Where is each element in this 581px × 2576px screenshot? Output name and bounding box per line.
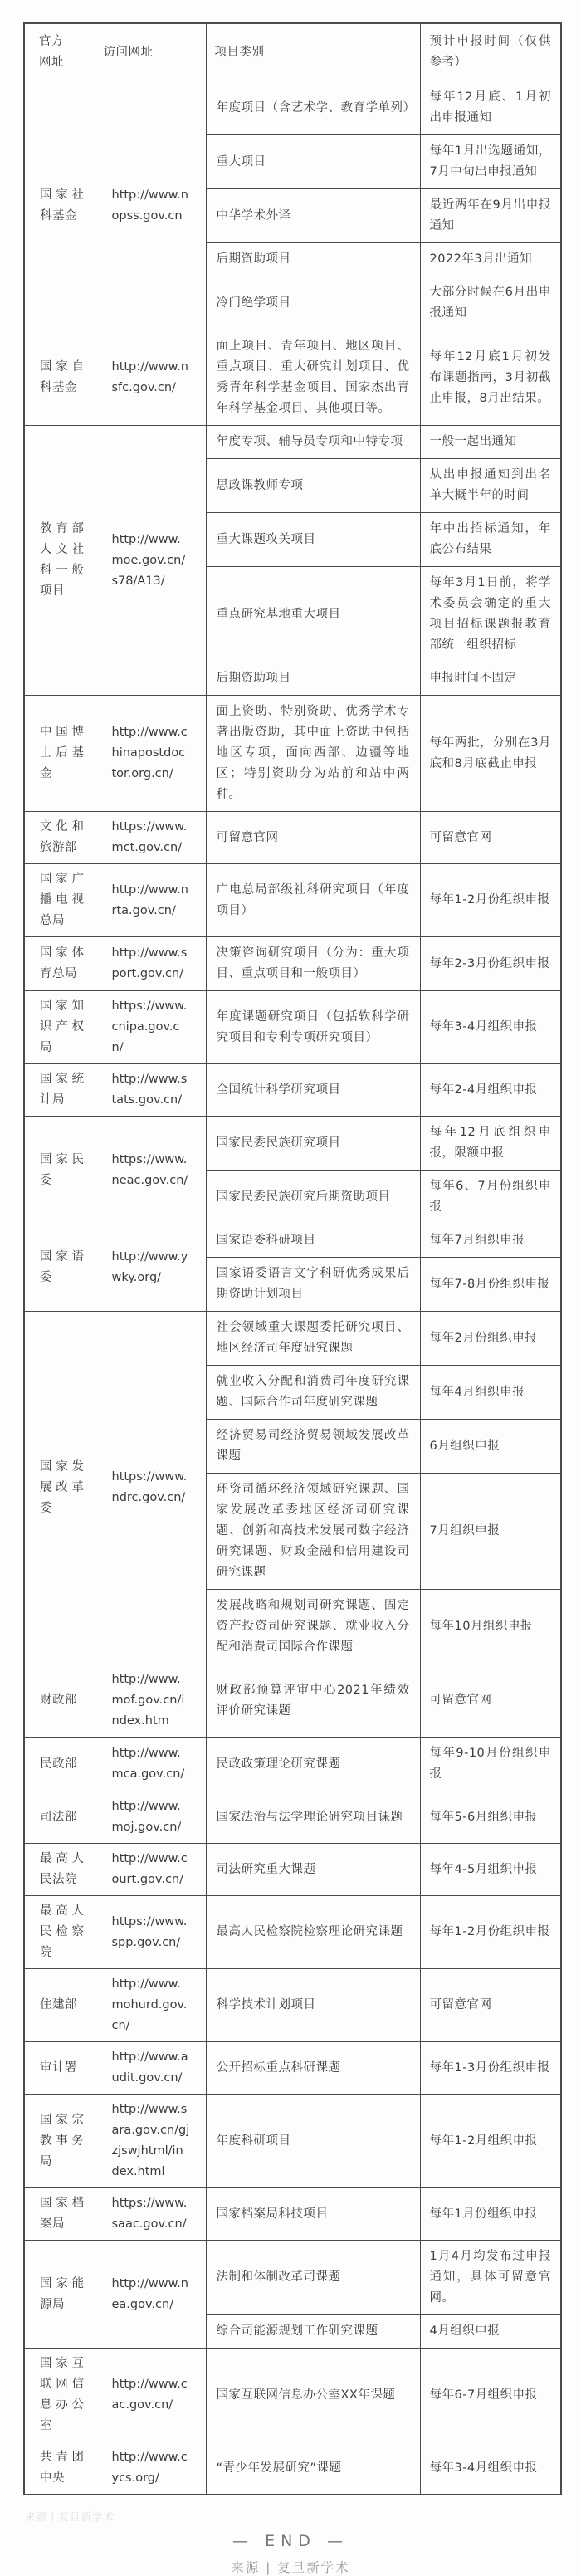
application-time-cell: 6月组织申报: [420, 1420, 561, 1474]
agency-cell: 国家发展改革委: [24, 1312, 95, 1664]
agency-cell: 国家自科基金: [24, 330, 95, 426]
application-time-cell: 每年6-7月组织申报: [420, 2349, 561, 2442]
application-time-cell: 2022年3月出通知: [420, 243, 561, 276]
table-row: 国家发展改革委https://www.ndrc.gov.cn/社会领域重大课题委…: [24, 1312, 561, 1366]
application-time-cell: 1月4月均发布过申报通知，具体可留意官网。: [420, 2241, 561, 2315]
table-row: 中国博士后基金http://www.chinapostdoctor.org.cn…: [24, 696, 561, 812]
application-time-cell: 每年10月组织申报: [420, 1590, 561, 1664]
agency-cell: 国家互联网信息办公室: [24, 2349, 95, 2442]
project-category-cell: 决策咨询研究项目（分为：重大项目、重点项目和一般项目）: [206, 937, 420, 991]
agency-cell: 国家广播电视总局: [24, 864, 95, 937]
project-category-cell: 国家语委语言文字科研优秀成果后期资助计划项目: [206, 1258, 420, 1312]
application-time-cell: 每年9-10月份组织申报: [420, 1738, 561, 1791]
url-cell: http://www.nrta.gov.cn/: [95, 864, 206, 937]
application-time-cell: 每年3-4月组织申报: [420, 991, 561, 1064]
agency-cell: 国家语委: [24, 1224, 95, 1312]
agency-cell: 民政部: [24, 1738, 95, 1791]
url-cell: https://www.neac.gov.cn/: [95, 1117, 206, 1224]
project-category-cell: 发展战略和规划司研究课题、固定资产投资司研究课题、就业收入分配和消费司国际合作课…: [206, 1590, 420, 1664]
table-row: 国家统计局http://www.stats.gov.cn/全国统计科学研究项目每…: [24, 1064, 561, 1117]
url-cell: http://www.court.gov.cn/: [95, 1844, 206, 1896]
col-header-application-time: 预计申报时间（仅供参考）: [420, 23, 561, 81]
url-cell: http://www.sara.gov.cn/gjzjswjhtml/index…: [95, 2095, 206, 2188]
table-row: 最高人民法院http://www.court.gov.cn/司法研究重大课题每年…: [24, 1844, 561, 1896]
table-body: 国家社科基金http://www.nopss.gov.cn年度项目（含艺术学、教…: [24, 81, 561, 2495]
table-row: 国家互联网信息办公室http://www.cac.gov.cn/国家互联网信息办…: [24, 2349, 561, 2442]
project-category-cell: 面上资助、特别资助、优秀学术专著出版资助，其中面上资助中包括地区专项，面向西部、…: [206, 696, 420, 812]
project-category-cell: 广电总局部级社科研究项目（年度项目）: [206, 864, 420, 937]
project-category-cell: 公开招标重点科研课题: [206, 2042, 420, 2095]
application-time-cell: 每年两批，分别在3月底和8月底截止申报: [420, 696, 561, 812]
project-category-cell: 年度科研项目: [206, 2095, 420, 2188]
table-row: 司法部http://www.moj.gov.cn/国家法治与法学理论研究项目课题…: [24, 1791, 561, 1844]
agency-cell: 国家档案局: [24, 2188, 95, 2241]
project-category-cell: 可留意官网: [206, 812, 420, 864]
application-time-cell: 每年12月底1月初发布课题指南，3月初截止申报，8月出结果。: [420, 330, 561, 426]
application-time-cell: 每年1-2月份组织申报: [420, 1896, 561, 1969]
agency-cell: 司法部: [24, 1791, 95, 1844]
application-time-cell: 大部分时候在6月出申报通知: [420, 276, 561, 330]
col-header-official-site: 官方 网址: [24, 23, 95, 81]
application-time-cell: 每年1月出选题通知，7月中旬出申报通知: [420, 135, 561, 189]
project-category-cell: 科学技术计划项目: [206, 1969, 420, 2042]
agency-cell: 审计署: [24, 2042, 95, 2095]
project-category-cell: 国家语委科研项目: [206, 1224, 420, 1258]
project-category-cell: 中华学术外译: [206, 189, 420, 243]
agency-cell: 国家宗教事务局: [24, 2095, 95, 2188]
project-category-cell: 重大课题攻关项目: [206, 513, 420, 567]
url-cell: http://www.cycs.org/: [95, 2442, 206, 2495]
url-cell: http://www.nopss.gov.cn: [95, 81, 206, 330]
agency-cell: 国家民委: [24, 1117, 95, 1224]
table-row: 国家宗教事务局http://www.sara.gov.cn/gjzjswjhtm…: [24, 2095, 561, 2188]
table-row: 文化和旅游部https://www.mct.gov.cn/可留意官网可留意官网: [24, 812, 561, 864]
project-category-cell: 思政课教师专项: [206, 459, 420, 513]
project-category-cell: 重大项目: [206, 135, 420, 189]
project-category-cell: 就业收入分配和消费司年度研究课题、国际合作司年度研究课题: [206, 1366, 420, 1420]
url-cell: http://www.nea.gov.cn/: [95, 2241, 206, 2349]
table-row: 国家能源局http://www.nea.gov.cn/法制和体制改革司课题1月4…: [24, 2241, 561, 2315]
table-row: 国家知识产权局https://www.cnipa.gov.cn/年度课题研究项目…: [24, 991, 561, 1064]
project-category-cell: 冷门绝学项目: [206, 276, 420, 330]
col-header-access-url: 访问网址: [95, 23, 206, 81]
table-row: 住建部http://www.mohurd.gov.cn/科学技术计划项目可留意官…: [24, 1969, 561, 2042]
project-category-cell: 国家民委民族研究项目: [206, 1117, 420, 1171]
project-category-cell: 年度专项、辅导员专项和中特专项: [206, 426, 420, 459]
agency-cell: 国家知识产权局: [24, 991, 95, 1064]
application-time-cell: 可留意官网: [420, 1969, 561, 2042]
agency-cell: 教育部人文社科一般项目: [24, 426, 95, 696]
end-marker: — END —: [0, 2532, 581, 2550]
url-cell: https://www.mct.gov.cn/: [95, 812, 206, 864]
table-row: 民政部http://www.mca.gov.cn/民政政策理论研究课题每年9-1…: [24, 1738, 561, 1791]
agency-cell: 最高人民检察院: [24, 1896, 95, 1969]
application-time-cell: 每年3-4月组织申报: [420, 2442, 561, 2495]
watermark-source-faint: 来源丨复旦新学术: [25, 2509, 581, 2524]
table-row: 财政部http://www.mof.gov.cn/index.htm财政部预算评…: [24, 1664, 561, 1738]
col-header-project-category: 项目类别: [206, 23, 420, 81]
article-page: 官方 网址 访问网址 项目类别 预计申报时间（仅供参考） 国家社科基金http:…: [0, 0, 581, 2576]
project-category-cell: 经济贸易司经济贸易领域发展改革课题: [206, 1420, 420, 1474]
url-cell: http://www.mohurd.gov.cn/: [95, 1969, 206, 2042]
url-cell: https://www.saac.gov.cn/: [95, 2188, 206, 2241]
application-time-cell: 从出申报通知到出名单大概半年的时间: [420, 459, 561, 513]
table-row: 国家自科基金http://www.nsfc.gov.cn/面上项目、青年项目、地…: [24, 330, 561, 426]
project-category-cell: 后期资助项目: [206, 662, 420, 696]
agency-cell: 国家社科基金: [24, 81, 95, 330]
agency-cell: 文化和旅游部: [24, 812, 95, 864]
table-row: 国家体育总局http://www.sport.gov.cn/决策咨询研究项目（分…: [24, 937, 561, 991]
agency-cell: 财政部: [24, 1664, 95, 1738]
table-row: 教育部人文社科一般项目http://www.moe.gov.cn/s78/A13…: [24, 426, 561, 459]
application-time-cell: 每年12月底组织申报，限额申报: [420, 1117, 561, 1171]
table-row: 最高人民检察院https://www.spp.gov.cn/最高人民检察院检察理…: [24, 1896, 561, 1969]
project-category-cell: 重点研究基地重大项目: [206, 567, 420, 662]
application-time-cell: 每年5-6月组织申报: [420, 1791, 561, 1844]
project-category-cell: 法制和体制改革司课题: [206, 2241, 420, 2315]
agency-cell: 中国博士后基金: [24, 696, 95, 812]
application-time-cell: 最近两年在9月出申报通知: [420, 189, 561, 243]
application-time-cell: 每年1月份组织申报: [420, 2188, 561, 2241]
source-credit: 来源 | 复旦新学术: [0, 2558, 581, 2576]
project-category-cell: 财政部预算评审中心2021年绩效评价研究课题: [206, 1664, 420, 1738]
agency-cell: 国家体育总局: [24, 937, 95, 991]
project-category-cell: 综合司能源规划工作研究课题: [206, 2315, 420, 2349]
url-cell: http://www.mca.gov.cn/: [95, 1738, 206, 1791]
project-category-cell: 年度项目（含艺术学、教育学单列）: [206, 81, 420, 135]
application-time-cell: 每年7-8月份组织申报: [420, 1258, 561, 1312]
application-time-cell: 每年7月组织申报: [420, 1224, 561, 1258]
project-category-cell: 民政政策理论研究课题: [206, 1738, 420, 1791]
application-time-cell: 每年2-4月组织申报: [420, 1064, 561, 1117]
application-time-cell: 每年1-2月份组织申报: [420, 864, 561, 937]
agency-cell: 住建部: [24, 1969, 95, 2042]
project-category-cell: 国家互联网信息办公室XX年课题: [206, 2349, 420, 2442]
application-time-cell: 每年4月组织申报: [420, 1366, 561, 1420]
table-row: 国家档案局https://www.saac.gov.cn/国家档案局科技项目每年…: [24, 2188, 561, 2241]
application-time-cell: 可留意官网: [420, 812, 561, 864]
url-cell: http://www.moe.gov.cn/s78/A13/: [95, 426, 206, 696]
table-row: 国家广播电视总局http://www.nrta.gov.cn/广电总局部级社科研…: [24, 864, 561, 937]
url-cell: http://www.cac.gov.cn/: [95, 2349, 206, 2442]
agency-cell: 最高人民法院: [24, 1844, 95, 1896]
table-header: 官方 网址 访问网址 项目类别 预计申报时间（仅供参考）: [24, 23, 561, 81]
table-row: 审计署http://www.audit.gov.cn/公开招标重点科研课题每年1…: [24, 2042, 561, 2095]
url-cell: https://www.ndrc.gov.cn/: [95, 1312, 206, 1664]
project-category-cell: 国家民委民族研究后期资助项目: [206, 1171, 420, 1224]
project-category-cell: 环资司循环经济领域研究课题、国家发展改革委地区经济司研究课题、创新和高技术发展司…: [206, 1474, 420, 1590]
table-row: 国家语委http://www.ywky.org/国家语委科研项目每年7月组织申报: [24, 1224, 561, 1258]
table-row: 共青团中央http://www.cycs.org/“青少年发展研究”课题每年3-…: [24, 2442, 561, 2495]
application-time-cell: 可留意官网: [420, 1664, 561, 1738]
project-category-cell: 最高人民检察院检察理论研究课题: [206, 1896, 420, 1969]
url-cell: https://www.cnipa.gov.cn/: [95, 991, 206, 1064]
application-time-cell: 申报时间不固定: [420, 662, 561, 696]
project-category-cell: 国家法治与法学理论研究项目课题: [206, 1791, 420, 1844]
url-cell: http://www.moj.gov.cn/: [95, 1791, 206, 1844]
application-time-cell: 每年3月1日前，将学术委员会确定的重大项目招标课题报教育部统一组织招标: [420, 567, 561, 662]
application-time-cell: 每年1-2月组织申报: [420, 2095, 561, 2188]
header-row: 官方 网址 访问网址 项目类别 预计申报时间（仅供参考）: [24, 23, 561, 81]
table-row: 国家社科基金http://www.nopss.gov.cn年度项目（含艺术学、教…: [24, 81, 561, 135]
project-category-cell: 全国统计科学研究项目: [206, 1064, 420, 1117]
url-cell: https://www.spp.gov.cn/: [95, 1896, 206, 1969]
project-category-cell: 社会领域重大课题委托研究项目、地区经济司年度研究课题: [206, 1312, 420, 1366]
project-category-cell: 面上项目、青年项目、地区项目、重点项目、重大研究计划项目、优秀青年科学基金项目、…: [206, 330, 420, 426]
table-row: 国家民委https://www.neac.gov.cn/国家民委民族研究项目每年…: [24, 1117, 561, 1171]
application-time-cell: 每年4-5月组织申报: [420, 1844, 561, 1896]
url-cell: http://www.sport.gov.cn/: [95, 937, 206, 991]
agency-cell: 共青团中央: [24, 2442, 95, 2495]
project-category-cell: 年度课题研究项目（包括软科学研究项目和专利专项研究项目）: [206, 991, 420, 1064]
application-time-cell: 每年6、7月份组织申报: [420, 1171, 561, 1224]
article-footer: 来源丨复旦新学术 — END — 来源 | 复旦新学术: [0, 2509, 581, 2576]
funding-schedule-table: 官方 网址 访问网址 项目类别 预计申报时间（仅供参考） 国家社科基金http:…: [23, 22, 562, 2495]
url-cell: http://www.mof.gov.cn/index.htm: [95, 1664, 206, 1738]
agency-cell: 国家能源局: [24, 2241, 95, 2349]
application-time-cell: 年中出招标通知，年底公布结果: [420, 513, 561, 567]
url-cell: http://www.stats.gov.cn/: [95, 1064, 206, 1117]
project-category-cell: 国家档案局科技项目: [206, 2188, 420, 2241]
project-category-cell: 司法研究重大课题: [206, 1844, 420, 1896]
url-cell: http://www.ywky.org/: [95, 1224, 206, 1312]
agency-cell: 国家统计局: [24, 1064, 95, 1117]
application-time-cell: 每年12月底、1月初出申报通知: [420, 81, 561, 135]
application-time-cell: 每年1-3月份组织申报: [420, 2042, 561, 2095]
url-cell: http://www.nsfc.gov.cn/: [95, 330, 206, 426]
application-time-cell: 一般一起出通知: [420, 426, 561, 459]
application-time-cell: 4月组织申报: [420, 2315, 561, 2349]
url-cell: http://www.audit.gov.cn/: [95, 2042, 206, 2095]
url-cell: http://www.chinapostdoctor.org.cn/: [95, 696, 206, 812]
project-category-cell: “青少年发展研究”课题: [206, 2442, 420, 2495]
application-time-cell: 每年2-3月份组织申报: [420, 937, 561, 991]
application-time-cell: 7月组织申报: [420, 1474, 561, 1590]
application-time-cell: 每年2月份组织申报: [420, 1312, 561, 1366]
project-category-cell: 后期资助项目: [206, 243, 420, 276]
